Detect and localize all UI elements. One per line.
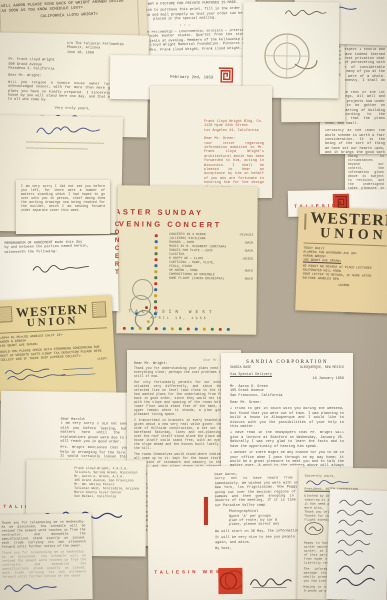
faint-typed-line: [26, 143, 87, 149]
letter-paragraph: Thank you for telephoning me on Wednesda…: [2, 549, 86, 578]
wu-word-union: UNION: [310, 227, 387, 244]
letter-paragraph: Certainly at the least the whole scheme …: [325, 129, 385, 154]
easter-concert-program: EASTER SUNDAY EVENING CONCERT CONCERTO I…: [116, 185, 258, 334]
telegram-form-box-icon: [304, 214, 307, 230]
program-item: HOME FLIGHT (CHOIR-ORCHESTRA)-BACH: [169, 276, 253, 281]
letter-paragraph: I transcribed in brackets in every brack…: [134, 418, 234, 450]
signature-ink-squiggle: [248, 573, 292, 589]
letter-bottom-left-dense: Thank you for telephoning me on Wednesda…: [0, 513, 93, 600]
letter-paragraph: Thank you for telephoning me on Wednesda…: [1, 519, 85, 548]
letter-bottom-center: Dear Aaron, Sorry not to have heard from…: [147, 465, 304, 600]
western-union-telegram-right: WESTERN UNION TODAY DAILY ALAMEDA 708 WA…: [295, 206, 387, 313]
vertical-letterpress-label: CONCERT: [113, 222, 121, 278]
letter-paragraph: Our city fortunately permits for our sch…: [134, 380, 234, 416]
address-line: San Francisco, California: [230, 394, 344, 398]
letter-paragraph: Thank you for understanding your plans n…: [134, 366, 234, 378]
letter-line: It will be very nice to see you people a…: [215, 536, 305, 546]
red-square-seal-icon: [217, 66, 234, 83]
letter-date: 18 January 1956: [230, 377, 344, 381]
address-line: Los Angeles 24, California: [204, 129, 264, 133]
telegram-form-box-icon: [0, 306, 13, 323]
recipient-address: Frank Lloyd Wright Bldg. Co. 1120 Hyde 2…: [204, 120, 264, 133]
large-red-square-seal-icon: [218, 568, 242, 594]
handwriting-squiggle-lines: [330, 493, 385, 595]
letter-paragraph: Sorry not to have heard from you immedia…: [215, 477, 305, 509]
recipient-address: Mr. Aaron G. Green 105 Grant Avenue San …: [230, 385, 344, 398]
signature-ink-squiggle: [35, 124, 105, 138]
composer: -BACH: [244, 241, 254, 245]
letter-paragraph: I have read in the newspapers that Mr. W…: [230, 431, 344, 449]
block-line: plane, please direct any: [229, 523, 305, 528]
letter-ref: Dear Mr. Wright:: [134, 358, 234, 362]
handwritten-annotation-squiggle: [1, 363, 102, 384]
western-union-header: WESTERN UNION: [0, 301, 107, 331]
western-union-logo: WESTERN UNION: [310, 211, 387, 244]
composer: -BACH: [243, 277, 253, 281]
note-with-sketch: [243, 2, 340, 99]
circular-pencil-sketch: [257, 24, 322, 89]
handwriting-squiggle: [31, 262, 95, 275]
western-union-logo: WESTERN UNION: [16, 302, 89, 330]
composer: -BACH: [244, 249, 254, 253]
decorative-color-dots-row: [120, 325, 240, 332]
taliesin-west-letterpress-label: TALIESIN WEST: [154, 569, 227, 575]
dense-note-left: I am very sorry I did not see you before…: [16, 180, 110, 234]
piece-title: HOME FLIGHT (CHOIR-ORCHESTRA): [169, 276, 225, 281]
correspondence-collage-photo: Owing to circumstances beyond our contro…: [0, 0, 387, 600]
telegram-form-box-icon: [92, 301, 107, 318]
program-list: CONCERTO IN A MINOR-VIVALDI (ALLEGRO) SI…: [169, 232, 253, 281]
composer: -BACH: [243, 269, 253, 273]
letter-line: We will start on 30 May, the information…: [215, 529, 305, 534]
sandia-corporation-letter: SANDIA CORPORATION SANDIA BASE ALBUQUERQ…: [221, 353, 353, 477]
handwritten-note: [326, 489, 387, 600]
western-union-telegram-left: WESTERN UNION LA044 NL PD=LOS ANGELES CA…: [0, 295, 117, 401]
date-line: February 2nd, 1953: [170, 76, 254, 82]
composer: -GRIEG: [242, 257, 254, 261]
handwriting-squiggle: [283, 6, 335, 18]
telegram-line: =AARON: [302, 282, 385, 289]
indented-block: Photographical Quote 'A' per groups plan…: [229, 510, 305, 528]
program-footer-date: APRIL 10, 1955: [150, 306, 208, 325]
program-title-line2: EVENING CONCERT: [116, 219, 222, 229]
composer: -VIVALDI: [238, 233, 253, 237]
telegram-line: YOUR LETTER TO NEVADA, IF NAME AFTER SAL…: [302, 272, 385, 283]
red-letterpress-edge: [204, 497, 208, 525]
signature-ink-squiggle: [304, 478, 350, 487]
letter-red-ink: Frank Lloyd Wright Bldg. Co. 1120 Hyde 2…: [150, 86, 272, 198]
letter-paragraph: I tried to get in touch with you during …: [230, 407, 344, 429]
closing-line: My best,: [215, 546, 304, 551]
letterhead-left: SANDIA BASE: [230, 365, 251, 369]
cc-row: San Rafael, California: [74, 494, 140, 499]
program-title-line1: EASTER SUNDAY: [116, 207, 203, 217]
note-text: I am very sorry I did not see you before…: [21, 184, 105, 212]
salutation: Dear Mr. Green:: [230, 401, 344, 405]
card-line: witnesseth the following:: [5, 249, 111, 255]
signature-ink-squiggle: [2, 581, 58, 594]
letterhead-right: ALBUQUERQUE, NEW MEXICO: [300, 365, 344, 369]
letter-body: Your letter regarding information admitt…: [204, 142, 264, 190]
circled-initials-squiggle: [304, 522, 324, 536]
